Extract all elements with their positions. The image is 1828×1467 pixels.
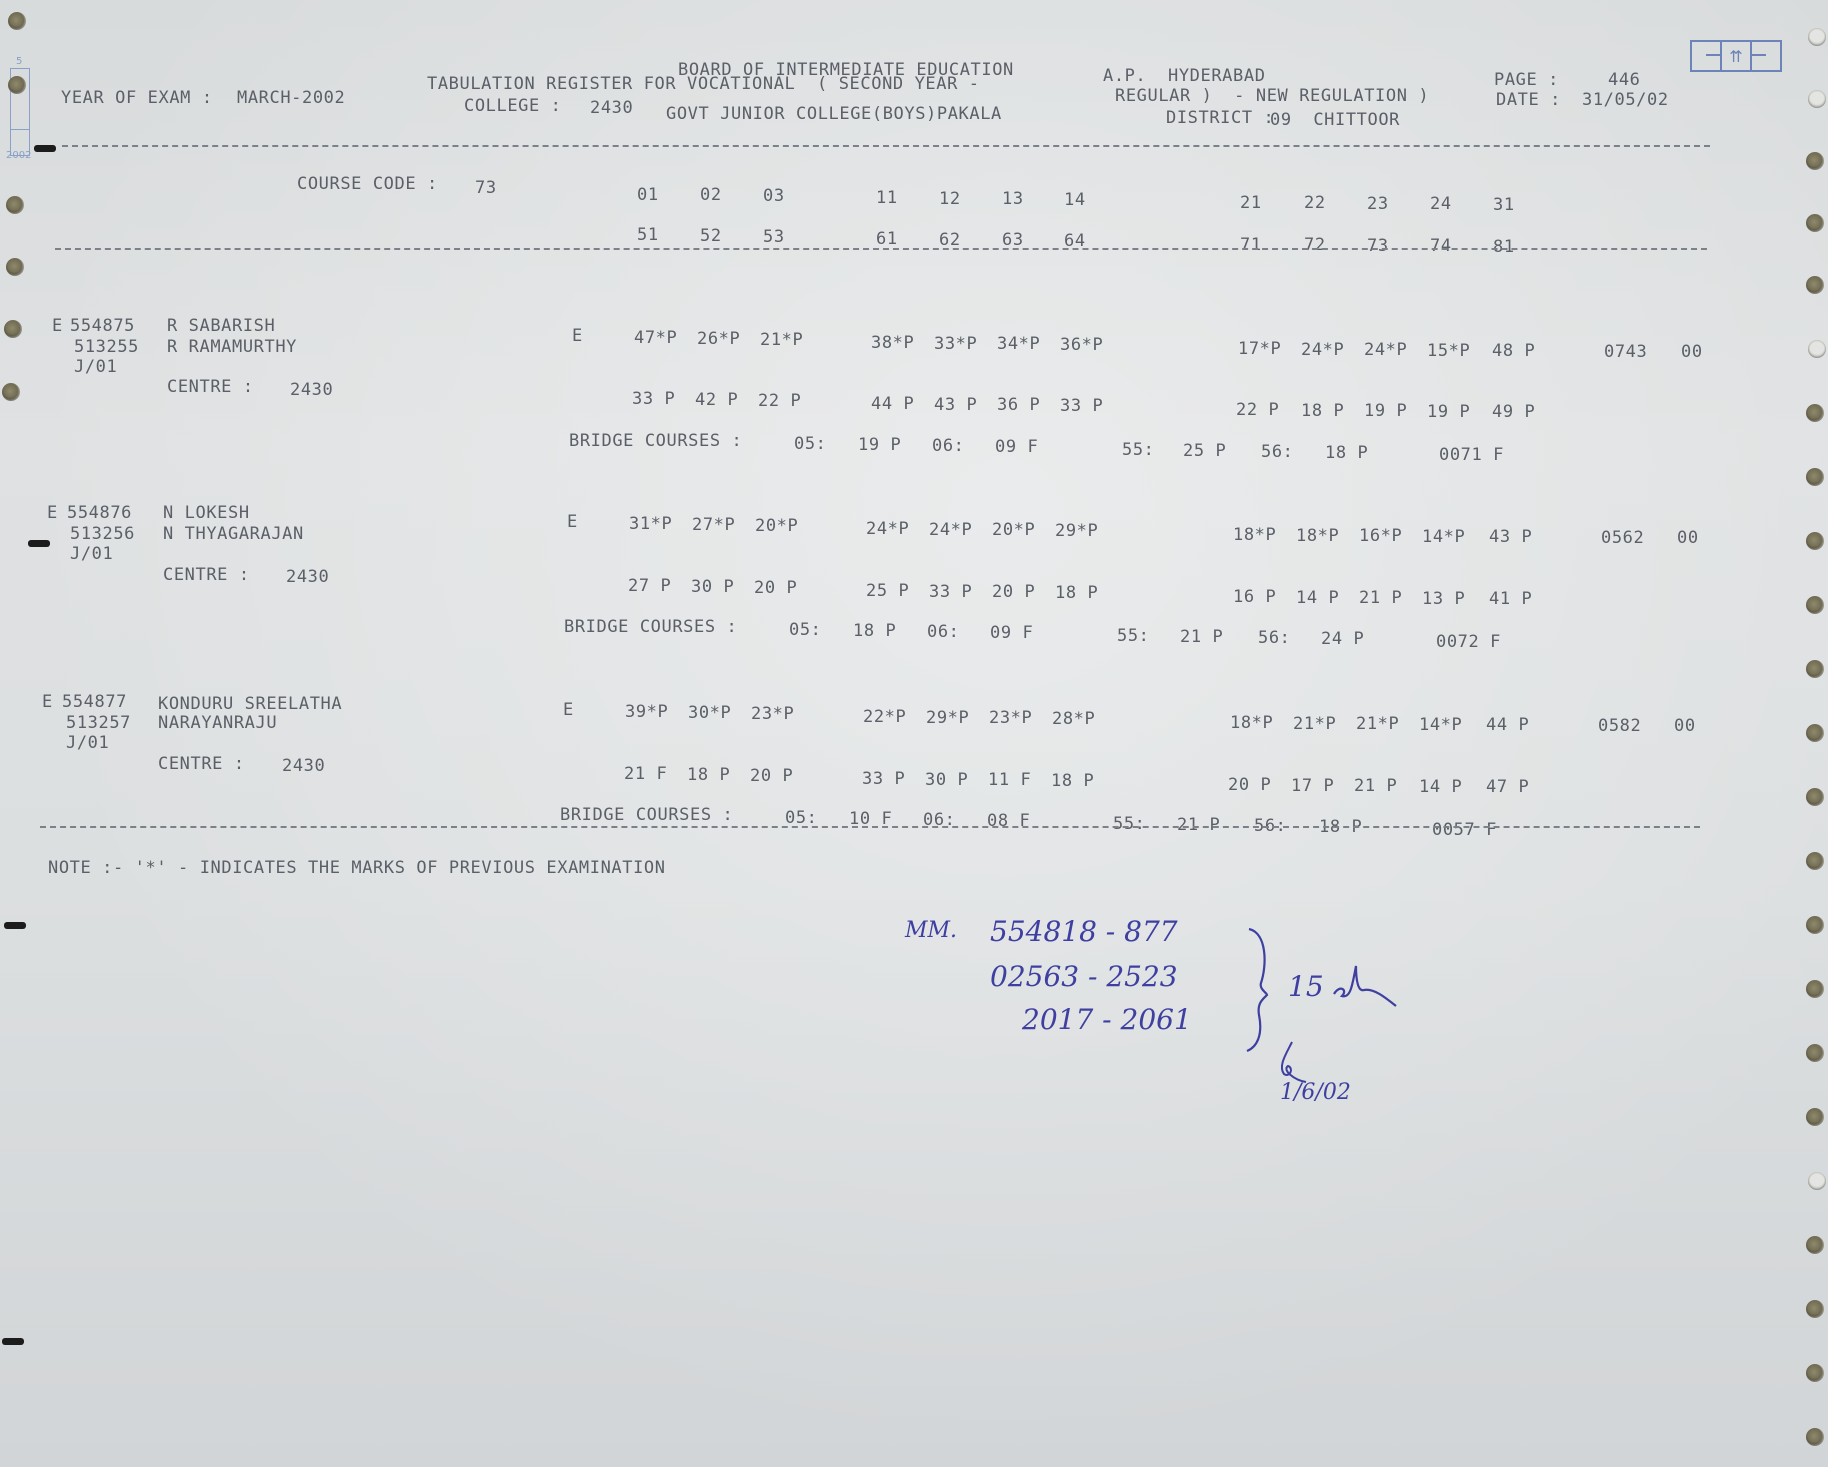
tractor-hole <box>1806 404 1824 422</box>
subject-code: 62 <box>939 230 961 250</box>
page-number: 446 <box>1608 70 1641 90</box>
mark: 20 P <box>992 582 1035 602</box>
punch-hole <box>8 12 26 30</box>
mark: 20*P <box>992 520 1035 540</box>
tractor-hole <box>1806 724 1824 742</box>
medium-code: J/01 <box>70 544 113 564</box>
punch-hole <box>4 320 22 338</box>
subject-code: 03 <box>763 186 785 206</box>
subject-code: 52 <box>700 226 722 246</box>
subject-code: 14 <box>1064 190 1086 210</box>
mark: 27 P <box>628 576 671 596</box>
mark: 49 P <box>1492 402 1535 422</box>
footnote: NOTE :- '*' - INDICATES THE MARKS OF PRE… <box>48 858 666 878</box>
divider-line <box>62 145 1710 147</box>
grand-total: 0582 <box>1598 716 1641 736</box>
mark: 14 P <box>1296 588 1339 608</box>
tractor-hole <box>1806 276 1824 294</box>
mark: 18 P <box>1301 401 1344 421</box>
mark: 21 P <box>1354 776 1397 796</box>
binding-number: 5 <box>16 56 22 67</box>
mark: 23*P <box>989 708 1032 728</box>
subject-code: 01 <box>637 185 659 205</box>
mark: 27*P <box>692 515 735 535</box>
mark: 24*P <box>1301 340 1344 360</box>
mark: 44 P <box>1486 715 1529 735</box>
tractor-hole <box>1806 852 1824 870</box>
tractor-hole <box>1808 1172 1826 1190</box>
mark: 11 F <box>988 770 1031 790</box>
centre-label: CENTRE : <box>167 377 254 397</box>
bridge-courses-label: BRIDGE COURSES : <box>560 805 733 825</box>
print-date: 31/05/02 <box>1582 90 1669 110</box>
binding-tick <box>34 145 56 152</box>
mark: 33 P <box>1060 396 1103 416</box>
bridge-total: 0071 F <box>1439 445 1504 465</box>
mark: 21*P <box>1293 714 1336 734</box>
mark: 47*P <box>634 328 677 348</box>
date-label: DATE : <box>1496 90 1561 110</box>
tractor-hole <box>1806 788 1824 806</box>
mark: 18 P <box>1055 583 1098 603</box>
bridge-courses-label: BRIDGE COURSES : <box>564 617 737 637</box>
binding-tick <box>28 540 50 547</box>
mark: 14 P <box>1419 777 1462 797</box>
subject-code: 11 <box>876 188 898 208</box>
father-name: NARAYANRAJU <box>158 713 277 733</box>
mark: 44 P <box>871 394 914 414</box>
mark: 31*P <box>629 514 672 534</box>
roll-number: 513255 <box>74 337 139 357</box>
tractor-hole <box>1806 596 1824 614</box>
mark: 48 P <box>1492 341 1535 361</box>
binding-tick <box>2 1338 24 1345</box>
mark: 18*P <box>1296 526 1339 546</box>
bridge-code: 05: <box>785 808 818 828</box>
college-code: 2430 <box>590 98 633 118</box>
mark: 21*P <box>760 330 803 350</box>
signature-icon <box>1330 960 1400 1010</box>
exam-flag: E <box>567 512 578 532</box>
mark: 22*P <box>863 707 906 727</box>
mark: 24*P <box>1364 340 1407 360</box>
binding-year: 2002 <box>6 150 31 161</box>
bridge-mark: 09 F <box>995 437 1038 457</box>
course-code: 73 <box>475 178 497 198</box>
medium-code: J/01 <box>66 733 109 753</box>
district-label: DISTRICT : <box>1166 108 1274 128</box>
bridge-mark: 08 F <box>987 811 1030 831</box>
mark: 18*P <box>1233 525 1276 545</box>
mark: 13 P <box>1422 589 1465 609</box>
brace-icon <box>1245 925 1275 1055</box>
roll-number: 513256 <box>70 524 135 544</box>
initials-icon <box>1272 1040 1312 1085</box>
punch-hole <box>8 76 26 94</box>
paper-background <box>0 0 1828 1467</box>
mark: 20 P <box>1228 775 1271 795</box>
mark: 21*P <box>1356 714 1399 734</box>
tractor-hole <box>1806 152 1824 170</box>
mark: 33 P <box>632 389 675 409</box>
bridge-mark: 09 F <box>990 623 1033 643</box>
father-name: N THYAGARAJAN <box>163 524 304 544</box>
subject-code: 74 <box>1430 236 1452 256</box>
binding-tick <box>4 922 26 929</box>
mark: 22 P <box>758 391 801 411</box>
mark: 28*P <box>1052 709 1095 729</box>
handwritten-range-1: 554818 - 877 <box>990 915 1178 948</box>
subject-code: 02 <box>700 185 722 205</box>
subject-code: 51 <box>637 225 659 245</box>
handwritten-prefix: MM. <box>905 918 957 943</box>
mark: 15*P <box>1427 341 1470 361</box>
subject-code: 24 <box>1430 194 1452 214</box>
mark: 19 P <box>1364 401 1407 421</box>
mark: 18 P <box>687 765 730 785</box>
regulation-info: REGULAR ) - NEW REGULATION ) <box>1115 86 1429 106</box>
mark: 30*P <box>688 703 731 723</box>
bridge-code: 55: <box>1113 814 1146 834</box>
mark: 33 P <box>862 769 905 789</box>
bridge-code: 05: <box>789 620 822 640</box>
course-code-label: COURSE CODE : <box>297 174 438 194</box>
mark: 25 P <box>866 581 909 601</box>
subject-code: 22 <box>1304 193 1326 213</box>
mark: 29*P <box>926 708 969 728</box>
handwritten-range-2: 02563 - 2523 <box>990 960 1178 993</box>
result-code: 00 <box>1674 716 1696 736</box>
bridge-mark: 21 P <box>1177 815 1220 835</box>
bridge-total: 0072 F <box>1436 632 1501 652</box>
mark: 20 P <box>754 578 797 598</box>
subject-code: 71 <box>1240 235 1262 255</box>
district-name: 09 CHITTOOR <box>1270 110 1400 130</box>
exam-flag: E <box>563 700 574 720</box>
record-prefix: E <box>52 316 63 336</box>
divider-line <box>40 826 1700 828</box>
mark: 16*P <box>1359 526 1402 546</box>
tractor-hole <box>1806 532 1824 550</box>
tractor-hole <box>1806 468 1824 486</box>
mark: 14*P <box>1422 527 1465 547</box>
mark: 23*P <box>751 704 794 724</box>
centre-code: 2430 <box>286 567 329 587</box>
student-name: KONDURU SREELATHA <box>158 694 342 714</box>
hall-ticket-number: 554877 <box>62 692 127 712</box>
tractor-hole <box>1808 340 1826 358</box>
mark: 22 P <box>1236 400 1279 420</box>
subject-code: 13 <box>1002 189 1024 209</box>
tractor-hole <box>1806 1428 1824 1446</box>
mark: 43 P <box>1489 527 1532 547</box>
mark: 39*P <box>625 702 668 722</box>
bridge-code: 56: <box>1261 442 1294 462</box>
page-label: PAGE : <box>1494 70 1559 90</box>
mark: 36 P <box>997 395 1040 415</box>
mark: 20 P <box>750 766 793 786</box>
mark: 17 P <box>1291 776 1334 796</box>
bridge-code: 06: <box>927 622 960 642</box>
grand-total: 0743 <box>1604 342 1647 362</box>
subject-code: 53 <box>763 227 785 247</box>
bridge-code: 55: <box>1122 440 1155 460</box>
hall-ticket-number: 554876 <box>67 503 132 523</box>
mark: 47 P <box>1486 777 1529 797</box>
mark: 34*P <box>997 334 1040 354</box>
mark: 19 P <box>1427 402 1470 422</box>
roll-number: 513257 <box>66 713 131 733</box>
result-code: 00 <box>1681 342 1703 362</box>
handwritten-range-3: 2017 - 2061 <box>1022 1003 1192 1036</box>
mark: 38*P <box>871 333 914 353</box>
record-prefix: E <box>47 503 58 523</box>
subject-code: 72 <box>1304 235 1326 255</box>
bridge-mark: 24 P <box>1321 629 1364 649</box>
bridge-mark: 25 P <box>1183 441 1226 461</box>
tractor-hole <box>1808 28 1826 46</box>
tractor-hole <box>1808 90 1826 108</box>
subject-code: 61 <box>876 229 898 249</box>
handwritten-count: 15 <box>1288 970 1324 1003</box>
mark: 43 P <box>934 395 977 415</box>
tractor-hole <box>1806 1236 1824 1254</box>
bridge-code: 05: <box>794 434 827 454</box>
mark: 30 P <box>691 577 734 597</box>
register-title: TABULATION REGISTER FOR VOCATIONAL ( SEC… <box>427 74 980 94</box>
subject-code: 81 <box>1493 237 1515 257</box>
tractor-hole <box>1806 1108 1824 1126</box>
bridge-mark: 18 P <box>1325 443 1368 463</box>
mark: 36*P <box>1060 335 1103 355</box>
punch-hole <box>2 383 20 401</box>
handwritten-date: 1/6/02 <box>1280 1080 1351 1105</box>
subject-code: 12 <box>939 189 961 209</box>
tractor-hole <box>1806 1300 1824 1318</box>
bridge-mark: 21 P <box>1180 627 1223 647</box>
tractor-hole <box>1806 916 1824 934</box>
board-logo-icon: ⇈ <box>1690 40 1782 72</box>
student-name: R SABARISH <box>167 316 275 336</box>
bridge-mark: 18 P <box>853 621 896 641</box>
bridge-code: 55: <box>1117 626 1150 646</box>
bridge-code: 56: <box>1258 628 1291 648</box>
subject-code: 63 <box>1002 230 1024 250</box>
subject-code: 31 <box>1493 195 1515 215</box>
centre-label: CENTRE : <box>158 754 245 774</box>
mark: 18 P <box>1051 771 1094 791</box>
mark: 33 P <box>929 582 972 602</box>
mark: 33*P <box>934 334 977 354</box>
board-location: A.P. HYDERABAD <box>1103 66 1266 86</box>
hall-ticket-number: 554875 <box>70 316 135 336</box>
grand-total: 0562 <box>1601 528 1644 548</box>
mark: 24*P <box>929 520 972 540</box>
centre-code: 2430 <box>290 380 333 400</box>
bridge-total: 0057 F <box>1432 820 1497 840</box>
record-prefix: E <box>42 692 53 712</box>
tractor-hole <box>1806 980 1824 998</box>
punch-hole <box>6 258 24 276</box>
mark: 16 P <box>1233 587 1276 607</box>
mark: 17*P <box>1238 339 1281 359</box>
mark: 41 P <box>1489 589 1532 609</box>
year-of-exam-label: YEAR OF EXAM : <box>61 88 213 108</box>
bridge-courses-label: BRIDGE COURSES : <box>569 431 742 451</box>
mark: 14*P <box>1419 715 1462 735</box>
bridge-code: 06: <box>932 436 965 456</box>
subject-code: 21 <box>1240 193 1262 213</box>
mark: 29*P <box>1055 521 1098 541</box>
year-of-exam: MARCH-2002 <box>237 88 345 108</box>
subject-code: 73 <box>1367 236 1389 256</box>
centre-code: 2430 <box>282 756 325 776</box>
tractor-hole <box>1806 1364 1824 1382</box>
college-name: GOVT JUNIOR COLLEGE(BOYS)PAKALA <box>666 104 1002 124</box>
centre-label: CENTRE : <box>163 565 250 585</box>
mark: 42 P <box>695 390 738 410</box>
mark: 21 P <box>1359 588 1402 608</box>
mark: 26*P <box>697 329 740 349</box>
medium-code: J/01 <box>74 357 117 377</box>
tractor-hole <box>1806 660 1824 678</box>
mark: 24*P <box>866 519 909 539</box>
mark: 18*P <box>1230 713 1273 733</box>
student-name: N LOKESH <box>163 503 250 523</box>
tractor-hole <box>1806 214 1824 232</box>
result-code: 00 <box>1677 528 1699 548</box>
exam-flag: E <box>572 326 583 346</box>
mark: 21 F <box>624 764 667 784</box>
father-name: R RAMAMURTHY <box>167 337 297 357</box>
divider-line <box>55 248 1707 250</box>
punch-hole <box>6 196 24 214</box>
college-label: COLLEGE : <box>464 96 562 116</box>
tractor-hole <box>1806 1044 1824 1062</box>
mark: 30 P <box>925 770 968 790</box>
mark: 20*P <box>755 516 798 536</box>
bridge-mark: 19 P <box>858 435 901 455</box>
subject-code: 23 <box>1367 194 1389 214</box>
